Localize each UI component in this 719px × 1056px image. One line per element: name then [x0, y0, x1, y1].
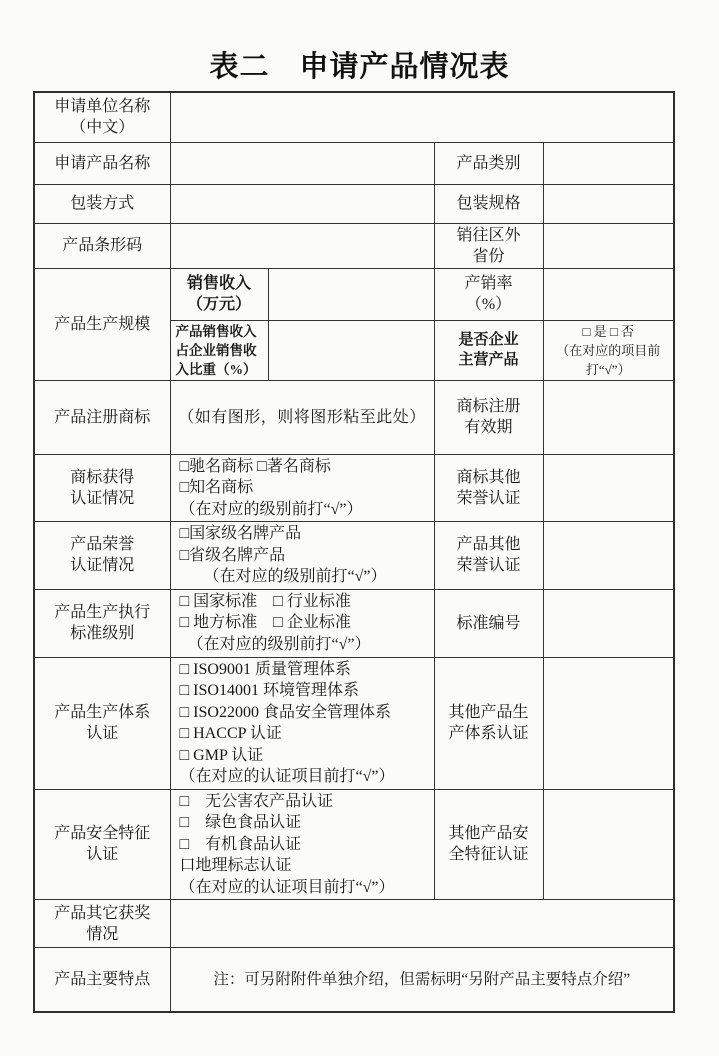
provinces-sold-value-cell: [543, 223, 674, 268]
trademark-certification-options: □驰名商标 □著名商标 □知名商标 （在对应的级别前打“√”）: [170, 454, 434, 522]
trademark-other-honors-label: 商标其他 荣誉认证: [434, 454, 543, 522]
packaging-method-label: 包装方式: [34, 184, 170, 223]
trademark-other-honors-value-cell: [543, 454, 674, 522]
production-standard-level-label: 产品生产执行 标准级别: [34, 589, 170, 657]
row-barcode: 产品条形码 销往区外 省份: [34, 223, 674, 268]
trademark-validity-value-cell: [543, 380, 674, 454]
product-honor-options: □国家级名牌产品 □省级名牌产品 （在对应的级别前打“√”）: [170, 522, 434, 590]
main-product-label: 是否企业 主营产品: [434, 320, 543, 380]
product-name-value-cell: [170, 142, 434, 184]
main-product-yes-no-checkboxes: □ 是 □ 否 （在对应的项目前 打“√”）: [543, 320, 674, 380]
row-applicant-name: 申请单位名称 （中文）: [34, 92, 674, 142]
row-product-honor: 产品荣誉 认证情况 □国家级名牌产品 □省级名牌产品 （在对应的级别前打“√”）…: [34, 522, 674, 590]
packaging-method-value-cell: [170, 184, 434, 223]
production-system-certification-options: □ ISO9001 质量管理体系 □ ISO14001 环境管理体系 □ ISO…: [170, 657, 434, 789]
row-registered-trademark: 产品注册商标 （如有图形，则将图形粘至此处） 商标注册 有效期: [34, 380, 674, 454]
form-title: 表二 申请产品情况表: [0, 44, 719, 85]
other-awards-label: 产品其它获奖 情况: [34, 900, 170, 948]
sales-revenue-label: 销售收入 （万元）: [170, 268, 268, 320]
product-category-label: 产品类别: [434, 142, 543, 184]
row-other-awards: 产品其它获奖 情况: [34, 900, 674, 948]
standard-number-value-cell: [543, 589, 674, 657]
packaging-spec-value-cell: [543, 184, 674, 223]
row-production-system-certification: 产品生产体系 认证 □ ISO9001 质量管理体系 □ ISO14001 环境…: [34, 657, 674, 789]
production-sales-ratio-label: 产销率 （%）: [434, 268, 543, 320]
row-main-features: 产品主要特点 注：可另附附件单独介绍，但需标明“另附产品主要特点介绍”: [34, 948, 674, 1012]
other-safety-feature-certification-label: 其他产品安 全特征认证: [434, 789, 543, 900]
trademark-image-paste-note: （如有图形，则将图形粘至此处）: [170, 380, 434, 454]
row-product-name: 申请产品名称 产品类别: [34, 142, 674, 184]
revenue-share-label: 产品销售收入 占企业销售收 入比重（%）: [170, 320, 268, 380]
product-honor-label: 产品荣誉 认证情况: [34, 522, 170, 590]
standard-number-label: 标准编号: [434, 589, 543, 657]
row-trademark-certification: 商标获得 认证情况 □驰名商标 □著名商标 □知名商标 （在对应的级别前打“√”…: [34, 454, 674, 522]
product-barcode-value-cell: [170, 223, 434, 268]
safety-feature-certification-options: □ 无公害农产品认证 □ 绿色食品认证 □ 有机食品认证 口地理标志认证 （在对…: [170, 789, 434, 900]
product-category-value-cell: [543, 142, 674, 184]
application-product-form-table: 申请单位名称 （中文） 申请产品名称 产品类别 包装方式 包装规格 产品条形码 …: [33, 91, 675, 1013]
trademark-validity-label: 商标注册 有效期: [434, 380, 543, 454]
provinces-sold-label: 销往区外 省份: [434, 223, 543, 268]
applicant-name-label: 申请单位名称 （中文）: [34, 92, 170, 142]
product-other-honors-label: 产品其他 荣誉认证: [434, 522, 543, 590]
sales-revenue-value-cell: [268, 268, 434, 320]
safety-feature-certification-label: 产品安全特征 认证: [34, 789, 170, 900]
product-barcode-label: 产品条形码: [34, 223, 170, 268]
production-system-certification-label: 产品生产体系 认证: [34, 657, 170, 789]
other-production-system-certification-label: 其他产品生 产体系认证: [434, 657, 543, 789]
row-production-standard: 产品生产执行 标准级别 □ 国家标准 □ 行业标准 □ 地方标准 □ 企业标准 …: [34, 589, 674, 657]
main-features-note: 注：可另附附件单独介绍，但需标明“另附产品主要特点介绍”: [170, 948, 674, 1012]
product-other-honors-value-cell: [543, 522, 674, 590]
trademark-certification-label: 商标获得 认证情况: [34, 454, 170, 522]
registered-trademark-label: 产品注册商标: [34, 380, 170, 454]
production-standard-options: □ 国家标准 □ 行业标准 □ 地方标准 □ 企业标准 （在对应的级别前打“√”…: [170, 589, 434, 657]
other-safety-feature-certification-value-cell: [543, 789, 674, 900]
revenue-share-value-cell: [268, 320, 434, 380]
main-features-label: 产品主要特点: [34, 948, 170, 1012]
other-awards-value-cell: [170, 900, 674, 948]
row-packaging: 包装方式 包装规格: [34, 184, 674, 223]
production-sales-ratio-value-cell: [543, 268, 674, 320]
row-production-scale-1: 产品生产规模 销售收入 （万元） 产销率 （%）: [34, 268, 674, 320]
applicant-name-value-cell: [170, 92, 674, 142]
other-production-system-certification-value-cell: [543, 657, 674, 789]
product-name-label: 申请产品名称: [34, 142, 170, 184]
production-scale-label: 产品生产规模: [34, 268, 170, 380]
row-safety-certification: 产品安全特征 认证 □ 无公害农产品认证 □ 绿色食品认证 □ 有机食品认证 口…: [34, 789, 674, 900]
packaging-spec-label: 包装规格: [434, 184, 543, 223]
